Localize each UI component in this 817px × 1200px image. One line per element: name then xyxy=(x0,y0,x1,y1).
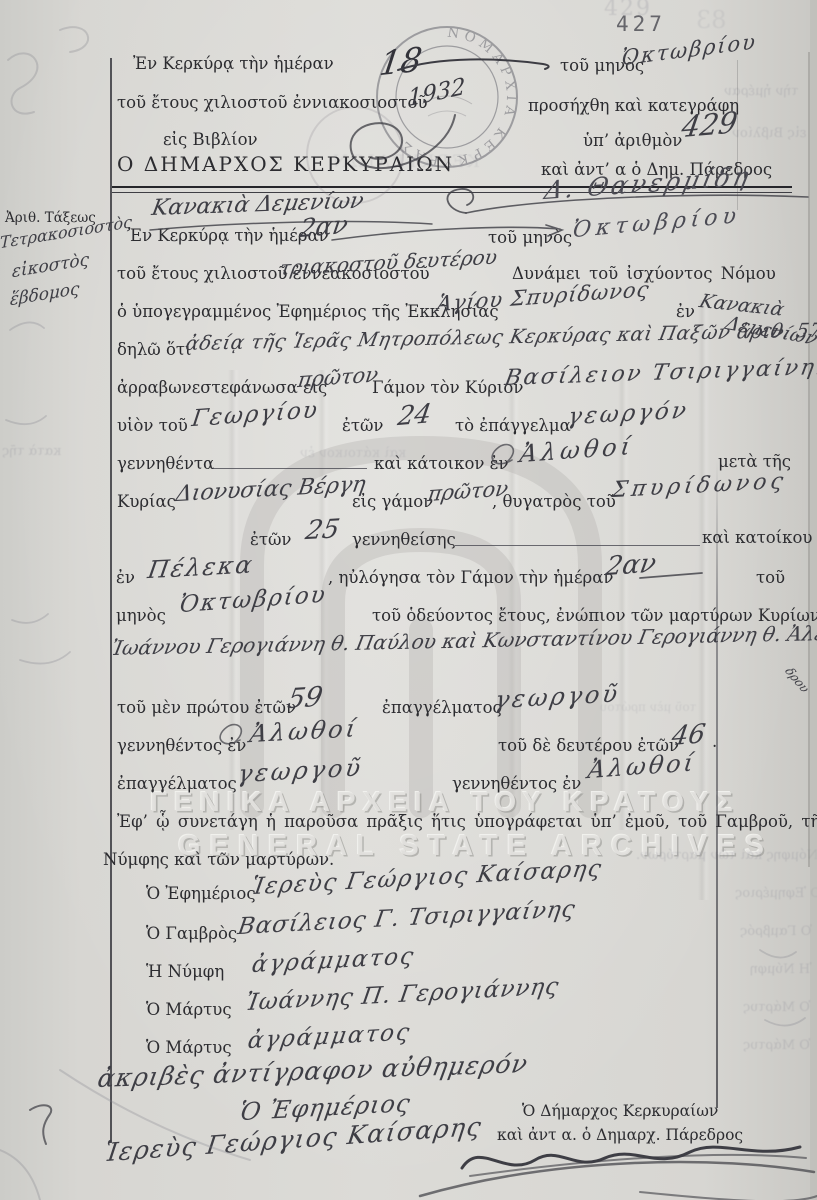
scanned-document-page: ΓΕΝΙΚΑ ΑΡΧΕΙΑ ΤΟΥ ΚΡΑΤΟΥΣ GENERAL STATE … xyxy=(0,0,817,1200)
ink-flourishes xyxy=(0,0,817,1200)
mayor-signature xyxy=(420,1147,817,1200)
